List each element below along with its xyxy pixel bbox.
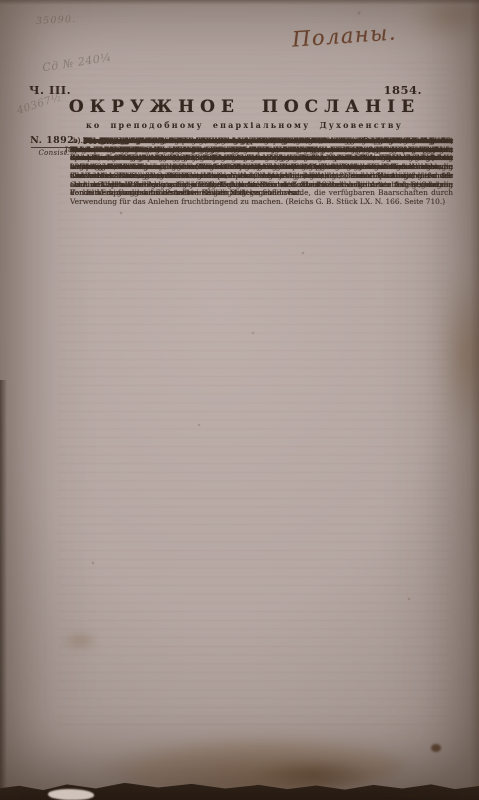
year-label: 1854. (383, 83, 422, 97)
page-title: ОКРУЖНОЕ ПОСЛАНІЕ (40, 97, 449, 117)
stain (411, 0, 479, 42)
body-segment: Die außerordentlichen Auslagen, welche d… (70, 137, 453, 198)
document-page: 35090. Сд № 240¼ 40367½ Поланы. Ч. III. … (0, 0, 479, 800)
page-subtitle: ко преподобному епархіальному Духовенств… (40, 120, 449, 130)
paper-edge-right (470, 0, 479, 800)
paper-edge-left (0, 380, 7, 800)
part-label: Ч. III. (29, 83, 71, 97)
ink-bleed-texture-body (58, 150, 450, 730)
paper-chip (48, 789, 94, 800)
paper-edge-top (0, 0, 479, 5)
stain-spot (431, 744, 441, 752)
pencil-archive-number: 35090. (36, 14, 77, 27)
ink-place-note: Поланы. (291, 20, 397, 51)
